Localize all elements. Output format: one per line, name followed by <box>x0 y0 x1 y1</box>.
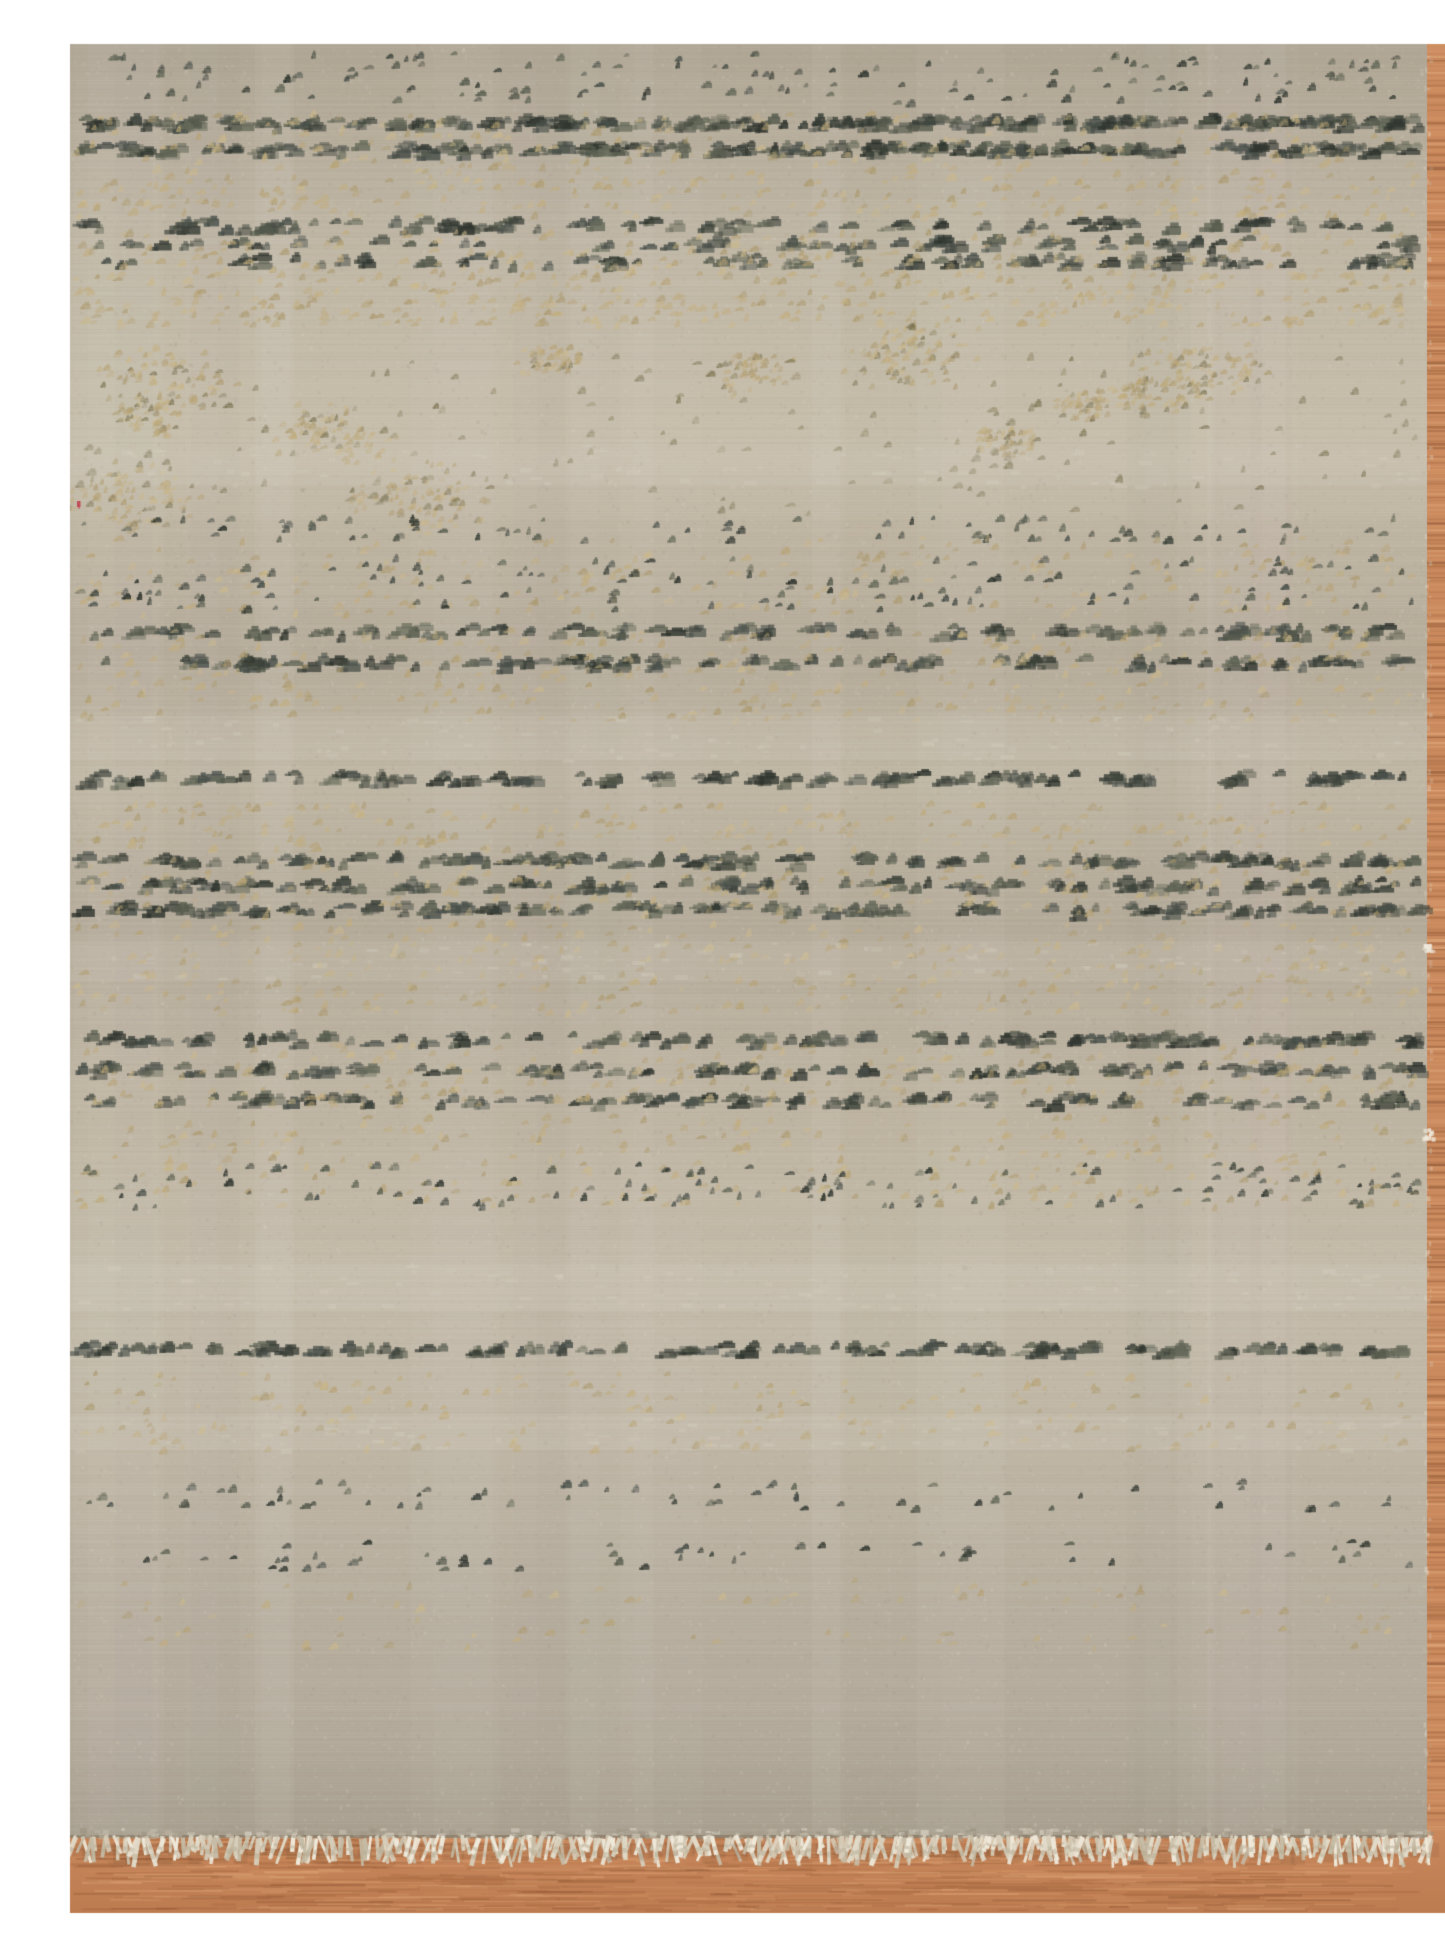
scene-canvas <box>40 16 1445 1943</box>
rug-product-photo <box>40 16 1445 1943</box>
